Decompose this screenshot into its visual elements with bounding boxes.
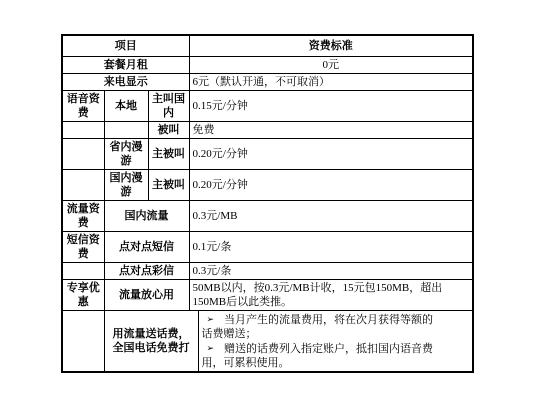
voice-nat-roaming-row: 国内漫游 主被叫 0.20元/分钟 [62,169,473,200]
monthly-fee-row: 套餐月租 0元 [62,56,473,73]
tariff-table-main: 项目 资费标准 套餐月租 0元 来电显示 6元（默认开通，不可取消） 语音资费 … [61,34,474,311]
voice-local-calltype-cell: 主叫国内 [148,90,189,121]
mms-item-cell: 点对点彩信 [104,262,189,279]
empty-cell [62,311,104,372]
prov-roaming-group-cell: 省内漫游 [104,138,148,169]
page: 项目 资费标准 套餐月租 0元 来电显示 6元（默认开通，不可取消） 语音资费 … [0,0,550,413]
free-calls-item-cell: 用流量送话费， 全国电话免费打 [104,311,198,372]
arrow-bullet-icon: ➢ [207,343,215,353]
voice-category-cell: 语音资费 [62,90,104,121]
mms-rate-cell: 0.3元/条 [189,262,473,279]
worry-free-detail-cell: 50MB以内，按0.3元/MB计收，15元包150MB，超出 150MB后以此类… [189,279,473,310]
empty-cell [62,138,104,169]
nat-roaming-calltype-cell: 主被叫 [148,169,189,200]
header-standard-cell: 资费标准 [189,35,473,56]
data-rate-cell: 0.3元/MB [189,200,473,231]
offer-data-worry-free-row: 专享优惠 流量放心用 50MB以内，按0.3元/MB计收，15元包150MB，超… [62,279,473,310]
mms-row: 点对点彩信 0.3元/条 [62,262,473,279]
monthly-fee-label: 套餐月租 [62,56,189,73]
sms-category-cell: 短信资费 [62,231,104,262]
empty-cell [62,262,104,279]
empty-cell [104,121,148,138]
caller-id-value: 6元（默认开通，不可取消） [189,73,473,90]
benefit-bullet: ➢赠送的话费列入指定账户，抵扣国内语音费 用，可累积使用。 [202,341,469,370]
arrow-bullet-icon: ➢ [207,314,215,324]
tariff-table-last-row: 用流量送话费， 全国电话免费打 ➢当月产生的流量费用，将在次月获得等额的 话费赠… [61,311,474,373]
benefit-bullet-text: 赠送的话费列入指定账户，抵扣国内语音费 用，可累积使用。 [202,343,434,369]
header-row: 项目 资费标准 [62,35,473,56]
voice-local-outgoing-row: 语音资费 本地 主叫国内 0.15元/分钟 [62,90,473,121]
empty-cell [62,169,104,200]
empty-cell [62,121,104,138]
sms-item-cell: 点对点短信 [104,231,189,262]
monthly-fee-value: 0元 [189,56,473,73]
data-category-cell: 流量资费 [62,200,104,231]
sms-rate-cell: 0.1元/条 [189,231,473,262]
prov-roaming-rate-cell: 0.20元/分钟 [189,138,473,169]
worry-free-item-cell: 流量放心用 [104,279,189,310]
voice-local-incoming-row: 被叫 免费 [62,121,473,138]
sms-row: 短信资费 点对点短信 0.1元/条 [62,231,473,262]
header-item-cell: 项目 [62,35,189,56]
voice-incoming-rate-cell: 免费 [189,121,473,138]
voice-local-group-cell: 本地 [104,90,148,121]
data-item-cell: 国内流量 [104,200,189,231]
voice-incoming-calltype-cell: 被叫 [148,121,189,138]
voice-prov-roaming-row: 省内漫游 主被叫 0.20元/分钟 [62,138,473,169]
nat-roaming-group-cell: 国内漫游 [104,169,148,200]
data-fee-row: 流量资费 国内流量 0.3元/MB [62,200,473,231]
tariff-table: 项目 资费标准 套餐月租 0元 来电显示 6元（默认开通，不可取消） 语音资费 … [61,34,472,373]
nat-roaming-rate-cell: 0.20元/分钟 [189,169,473,200]
benefit-bullet: ➢当月产生的流量费用，将在次月获得等额的 话费赠送； [202,312,469,341]
offer-free-calls-row: 用流量送话费， 全国电话免费打 ➢当月产生的流量费用，将在次月获得等额的 话费赠… [62,311,473,372]
caller-id-label: 来电显示 [62,73,189,90]
free-calls-detail-cell: ➢当月产生的流量费用，将在次月获得等额的 话费赠送； ➢赠送的话费列入指定账户，… [198,311,473,372]
voice-local-rate-cell: 0.15元/分钟 [189,90,473,121]
prov-roaming-calltype-cell: 主被叫 [148,138,189,169]
benefit-bullet-text: 当月产生的流量费用，将在次月获得等额的 话费赠送； [202,314,434,340]
caller-id-row: 来电显示 6元（默认开通，不可取消） [62,73,473,90]
offer-category-cell: 专享优惠 [62,279,104,310]
